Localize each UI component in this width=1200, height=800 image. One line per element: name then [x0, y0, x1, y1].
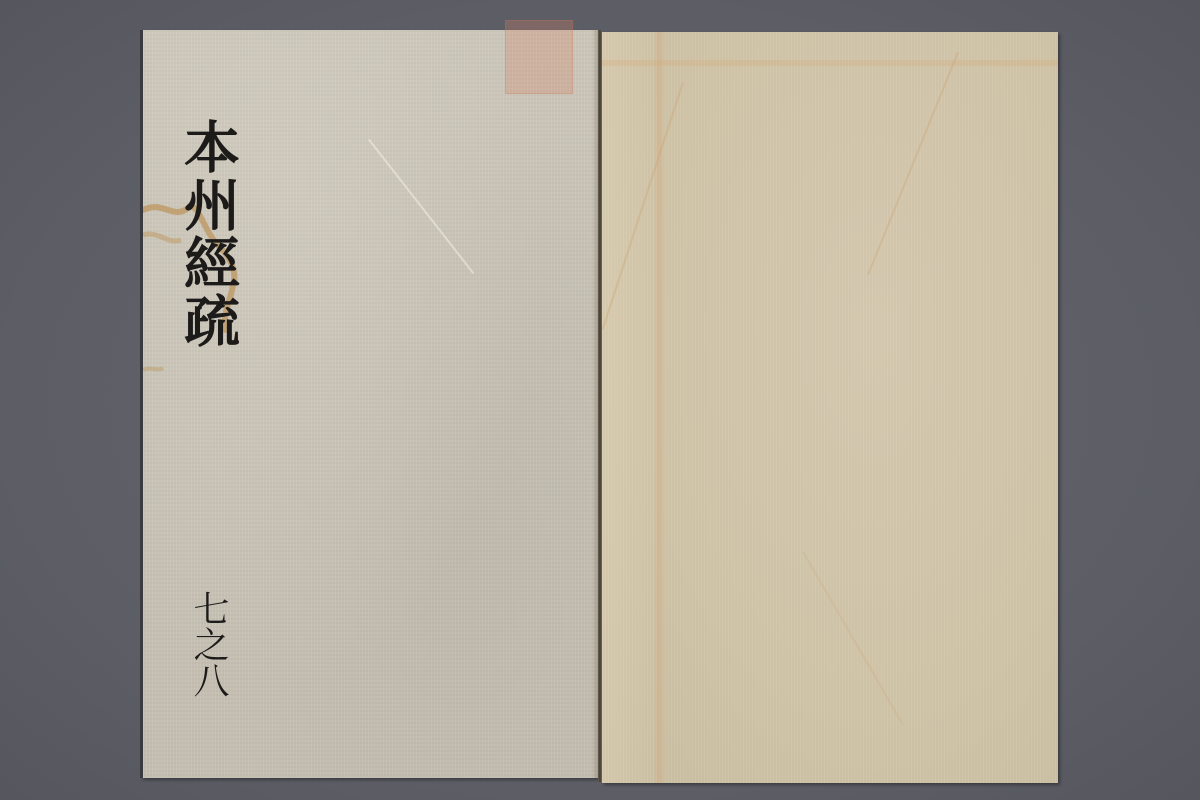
red-seal-stamp — [505, 20, 573, 94]
book-title: 本州經疏 — [176, 118, 240, 350]
open-book: 本州經疏 七之八 — [0, 0, 1200, 800]
paper-fold-mark — [867, 52, 959, 275]
volume-label: 七之八 — [184, 590, 232, 698]
paper-fold-mark — [602, 82, 684, 330]
paper-fold-mark — [802, 551, 904, 725]
paper-crease — [368, 139, 474, 274]
paper-stain-band — [602, 60, 1058, 66]
right-blank-page — [602, 32, 1058, 783]
